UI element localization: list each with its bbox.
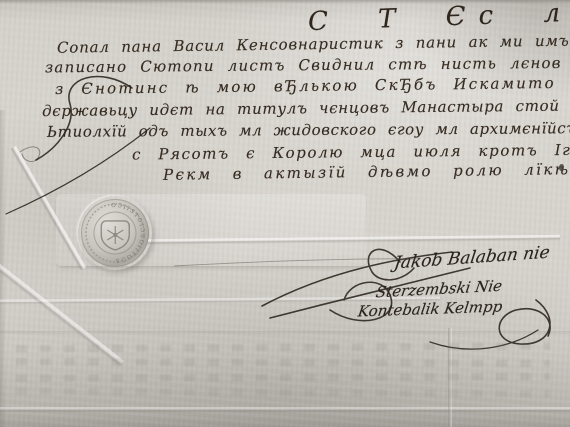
manuscript-line: Ьтиолхїй одъ тыхъ мл жидовского єгоу мл … bbox=[47, 119, 570, 141]
manuscript-line: записано Сютопи листъ Свиднил стѣ нисть … bbox=[45, 54, 570, 77]
manuscript-line: с Рясотъ є Королю мца июля кротъ Ігрнѣ bbox=[132, 141, 570, 164]
manuscript-line: дєржавьцу идєт на титулъ чєнцовъ Манасты… bbox=[42, 96, 570, 120]
strip-edge-line bbox=[174, 259, 420, 266]
wax-seal: OƆIISTOIƆSOIITOƆS bbox=[73, 191, 157, 275]
horizontal-crease bbox=[0, 331, 570, 335]
manuscript-photo: С Т Єс ле Сопал пана Васил Кенсовнаристи… bbox=[0, 0, 570, 427]
bleed-through-line bbox=[16, 343, 550, 353]
paper-edge-shadow-left bbox=[0, 110, 6, 427]
signature-line: Kontebalik Kelmpp bbox=[357, 297, 504, 320]
small-curl bbox=[20, 147, 40, 162]
manuscript-line: Сопал пана Васил Кенсовнаристик з пани а… bbox=[57, 31, 570, 57]
bleed-through-line bbox=[16, 373, 550, 382]
signature-line: Jakob Balaban nie bbox=[393, 242, 551, 273]
bleed-through-line bbox=[16, 358, 550, 367]
signature-paraph bbox=[499, 300, 550, 344]
horizontal-crease bbox=[0, 407, 570, 413]
horizontal-crease bbox=[140, 235, 560, 245]
wax-seal-image: OƆIISTOIƆSOIITOƆS bbox=[73, 191, 157, 275]
bleed-through-line bbox=[16, 388, 550, 398]
manuscript-line: Рєкм в актызїй дѣвмо ролю лїкѣ bbox=[163, 160, 570, 184]
manuscript-line: з Єнотинс ѣ мою вЂлькою СкЂбъ Искамито bbox=[55, 74, 556, 98]
